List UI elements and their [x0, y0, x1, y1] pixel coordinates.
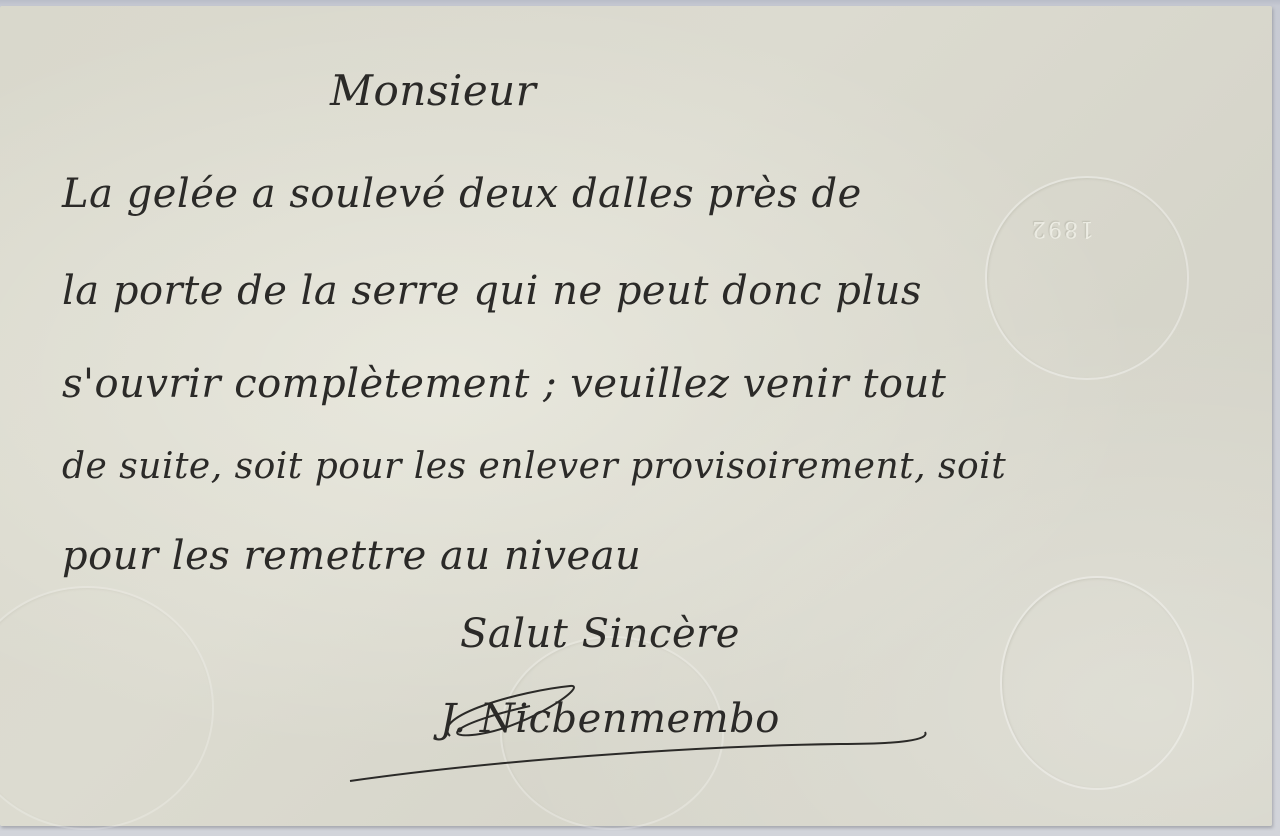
letter-body-line-5: pour les remettre au niveau	[62, 533, 641, 579]
photo-scene: 1892 Monsieur La gelée a soulevé deux da…	[0, 0, 1280, 836]
letter-body-line-2: la porte de la serre qui ne peut donc pl…	[62, 268, 922, 314]
embossed-seal-bottom-left	[0, 586, 214, 830]
embossed-seal-top-right	[985, 176, 1189, 380]
letter-body-line-1: La gelée a soulevé deux dalles près de	[62, 171, 862, 217]
embossed-stamp-text: 1892	[1030, 216, 1094, 241]
letter-signature: J. Nicbenmembo	[440, 696, 780, 742]
letter-body-line-3: s'ouvrir complètement ; veuillez venir t…	[62, 361, 946, 407]
letter-body-line-4: de suite, soit pour les enlever provisoi…	[62, 446, 1006, 487]
letter-closing: Salut Sincère	[460, 611, 740, 657]
embossed-seal-bottom-right	[1000, 576, 1194, 790]
letter-card: 1892 Monsieur La gelée a soulevé deux da…	[0, 6, 1272, 826]
letter-salutation: Monsieur	[330, 66, 536, 115]
